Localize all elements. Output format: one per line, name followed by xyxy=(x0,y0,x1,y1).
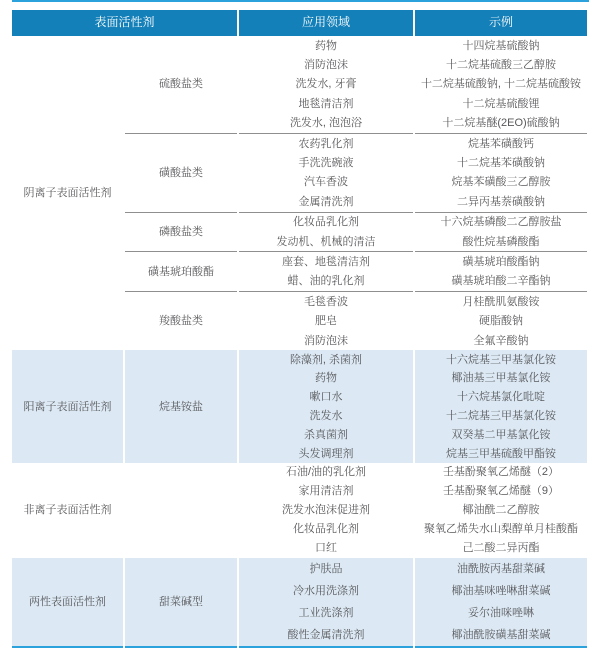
application-cell: 洗发水 xyxy=(239,407,413,426)
example-cell: 椰油基三甲基氯化铵 xyxy=(415,369,587,388)
subcategory-cell: 磺酸盐类 xyxy=(125,133,237,212)
example-cell: 十六烷基氯化吡啶 xyxy=(415,388,587,407)
application-cell: 冷水用洗涤剂 xyxy=(239,580,413,602)
application-cell: 手洗洗碗液 xyxy=(239,153,413,172)
table-row: 阳离子表面活性剂烷基铵盐除藻剂, 杀菌剂十六烷基三甲基氯化铵 xyxy=(12,350,587,369)
application-cell: 药物 xyxy=(239,36,413,55)
application-cell: 石油/油的乳化剂 xyxy=(239,463,413,482)
application-cell: 蜡、油的乳化剂 xyxy=(239,272,413,291)
header-surfactant: 表面活性剂 xyxy=(12,10,237,36)
table-row: 阴离子表面活性剂硫酸盐类药物十四烷基硫酸钠 xyxy=(12,36,587,55)
application-cell: 消防泡沫 xyxy=(239,55,413,74)
example-cell: 壬基酚聚氧乙烯醚（2） xyxy=(415,463,587,482)
example-cell: 烷基苯磺酸钙 xyxy=(415,133,587,153)
example-cell: 烷基三甲基硫酸甲酯铵 xyxy=(415,444,587,463)
application-cell: 药物 xyxy=(239,369,413,388)
application-cell: 发动机、机械的清洁 xyxy=(239,232,413,251)
example-cell: 十二烷基苯磺酸钠 xyxy=(415,153,587,172)
table-header-row: 表面活性剂 应用领域 示例 xyxy=(12,10,587,36)
table-body: 阴离子表面活性剂硫酸盐类药物十四烷基硫酸钠消防泡沫十二烷基硫酸三乙醇胺洗发水, … xyxy=(12,36,587,648)
example-cell: 十二烷基硫酸钠, 十二烷基硫酸铵 xyxy=(415,75,587,94)
example-cell: 十二烷基醚(2EO)硫酸钠 xyxy=(415,114,587,133)
table-top-border xyxy=(12,0,589,2)
example-cell: 磺基琥珀酸酯钠 xyxy=(415,251,587,271)
application-cell: 化妆品乳化剂 xyxy=(239,520,413,539)
example-cell: 妥尔油咪唑啉 xyxy=(415,602,587,624)
application-cell: 消防泡沫 xyxy=(239,331,413,350)
application-cell: 毛毯香波 xyxy=(239,291,413,311)
example-cell: 十二烷基硫酸三乙醇胺 xyxy=(415,55,587,74)
category-cell: 阳离子表面活性剂 xyxy=(12,350,123,463)
category-cell: 非离子表面活性剂 xyxy=(12,463,123,558)
example-cell: 壬基酚聚氧乙烯醚（9） xyxy=(415,482,587,501)
application-cell: 座套、地毯清洁剂 xyxy=(239,251,413,271)
example-cell: 二异丙基萘磺酸钠 xyxy=(415,192,587,211)
application-cell: 嗽口水 xyxy=(239,388,413,407)
example-cell: 烷基苯磺酸三乙醇胺 xyxy=(415,173,587,192)
subcategory-cell: 硫酸盐类 xyxy=(125,36,237,133)
example-cell: 十二烷基三甲基氯化铵 xyxy=(415,407,587,426)
subcategory-cell: 磺基琥珀酸酯 xyxy=(125,251,237,291)
application-cell: 汽车香波 xyxy=(239,173,413,192)
header-example: 示例 xyxy=(415,10,587,36)
example-cell: 十四烷基硫酸钠 xyxy=(415,36,587,55)
application-cell: 工业洗涤剂 xyxy=(239,602,413,624)
application-cell: 洗发水泡沫促进剂 xyxy=(239,501,413,520)
header-application: 应用领域 xyxy=(239,10,413,36)
application-cell: 家用清洁剂 xyxy=(239,482,413,501)
example-cell: 椰油酰二乙醇胺 xyxy=(415,501,587,520)
example-cell: 聚氧乙烯失水山梨醇单月桂酸酯 xyxy=(415,520,587,539)
example-cell: 十二烷基硫酸锂 xyxy=(415,94,587,113)
application-cell: 化妆品乳化剂 xyxy=(239,212,413,232)
example-cell: 油酰胺丙基甜菜碱 xyxy=(415,558,587,580)
application-cell: 杀真菌剂 xyxy=(239,425,413,444)
example-cell: 全氟辛酸钠 xyxy=(415,331,587,350)
application-cell: 肥皂 xyxy=(239,311,413,330)
application-cell: 头发调理剂 xyxy=(239,444,413,463)
category-cell: 阴离子表面活性剂 xyxy=(12,36,123,350)
example-cell: 月桂酰肌氨酸铵 xyxy=(415,291,587,311)
table-row: 两性表面活性剂甜菜碱型护肤品油酰胺丙基甜菜碱 xyxy=(12,558,587,580)
application-cell: 洗发水, 牙膏 xyxy=(239,75,413,94)
surfactant-table: 表面活性剂 应用领域 示例 阴离子表面活性剂硫酸盐类药物十四烷基硫酸钠消防泡沫十… xyxy=(10,10,589,648)
example-cell: 硬脂酸钠 xyxy=(415,311,587,330)
subcategory-cell: 烷基铵盐 xyxy=(125,350,237,463)
example-cell: 己二酸二异丙酯 xyxy=(415,539,587,558)
subcategory-cell xyxy=(125,463,237,558)
example-cell: 十六烷基磷酸二乙醇胺盐 xyxy=(415,212,587,232)
application-cell: 洗发水, 泡泡浴 xyxy=(239,114,413,133)
example-cell: 磺基琥珀酸二辛酯钠 xyxy=(415,272,587,291)
application-cell: 金属清洗剂 xyxy=(239,192,413,211)
example-cell: 椰油基咪唑啉甜菜碱 xyxy=(415,580,587,602)
subcategory-cell: 甜菜碱型 xyxy=(125,558,237,648)
application-cell: 农药乳化剂 xyxy=(239,133,413,153)
page: { "colors": { "header_bg": "#1480B9", "h… xyxy=(0,0,600,653)
application-cell: 酸性金属清洗剂 xyxy=(239,624,413,648)
example-cell: 椰油酰胺磺基甜菜碱 xyxy=(415,624,587,648)
subcategory-cell: 磷酸盐类 xyxy=(125,212,237,252)
example-cell: 酸性烷基磷酸酯 xyxy=(415,232,587,251)
example-cell: 双癸基二甲基氯化铵 xyxy=(415,425,587,444)
subcategory-cell: 羧酸盐类 xyxy=(125,291,237,350)
application-cell: 除藻剂, 杀菌剂 xyxy=(239,350,413,369)
category-cell: 两性表面活性剂 xyxy=(12,558,123,648)
application-cell: 地毯清洁剂 xyxy=(239,94,413,113)
application-cell: 口红 xyxy=(239,539,413,558)
application-cell: 护肤品 xyxy=(239,558,413,580)
table-row: 非离子表面活性剂石油/油的乳化剂壬基酚聚氧乙烯醚（2） xyxy=(12,463,587,482)
example-cell: 十六烷基三甲基氯化铵 xyxy=(415,350,587,369)
